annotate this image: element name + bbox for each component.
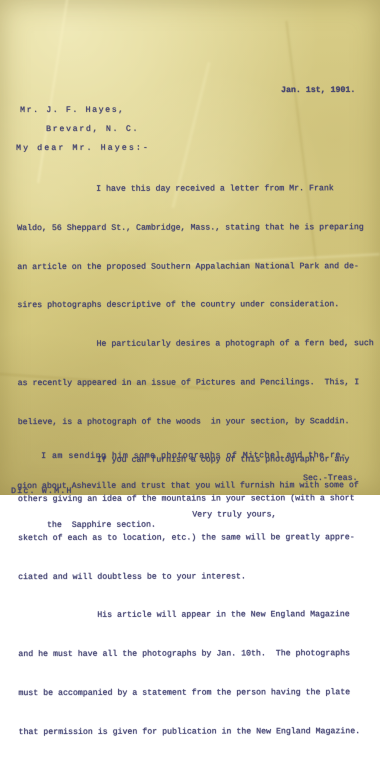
- letter-body-postscript: I am sending him some photographs of Mit…: [17, 431, 373, 495]
- letter-line: an article on the proposed Southern Appa…: [17, 258, 373, 278]
- letter-line: believe, is a photograph of the woods in…: [18, 413, 374, 433]
- letter-line: I have this day received a letter from M…: [17, 180, 373, 200]
- dictation-note: Dic. W.M.H: [11, 487, 73, 495]
- salutation: My dear Mr. Hayes:-: [16, 144, 150, 154]
- letter-line: sires photographs descriptive of the cou…: [17, 296, 373, 316]
- letter-line: Waldo, 56 Sheppard St., Cambridge, Mass.…: [17, 219, 373, 239]
- recipient-address: Brevard, N. C.: [46, 125, 139, 135]
- letter-line: I am sending him some photographs of Mit…: [17, 451, 373, 462]
- letter-line: He particularly desires a photograph of …: [17, 335, 373, 355]
- letter-page: Jan. 1st, 1901. Mr. J. F. Hayes, Brevard…: [0, 0, 380, 495]
- recipient-name: Mr. J. F. Hayes,: [20, 106, 125, 116]
- signature-title: Sec.-Treas.: [303, 474, 357, 484]
- letter-date: Jan. 1st, 1901.: [281, 86, 355, 96]
- letter-line: as recently appeared in an issue of Pict…: [18, 374, 374, 394]
